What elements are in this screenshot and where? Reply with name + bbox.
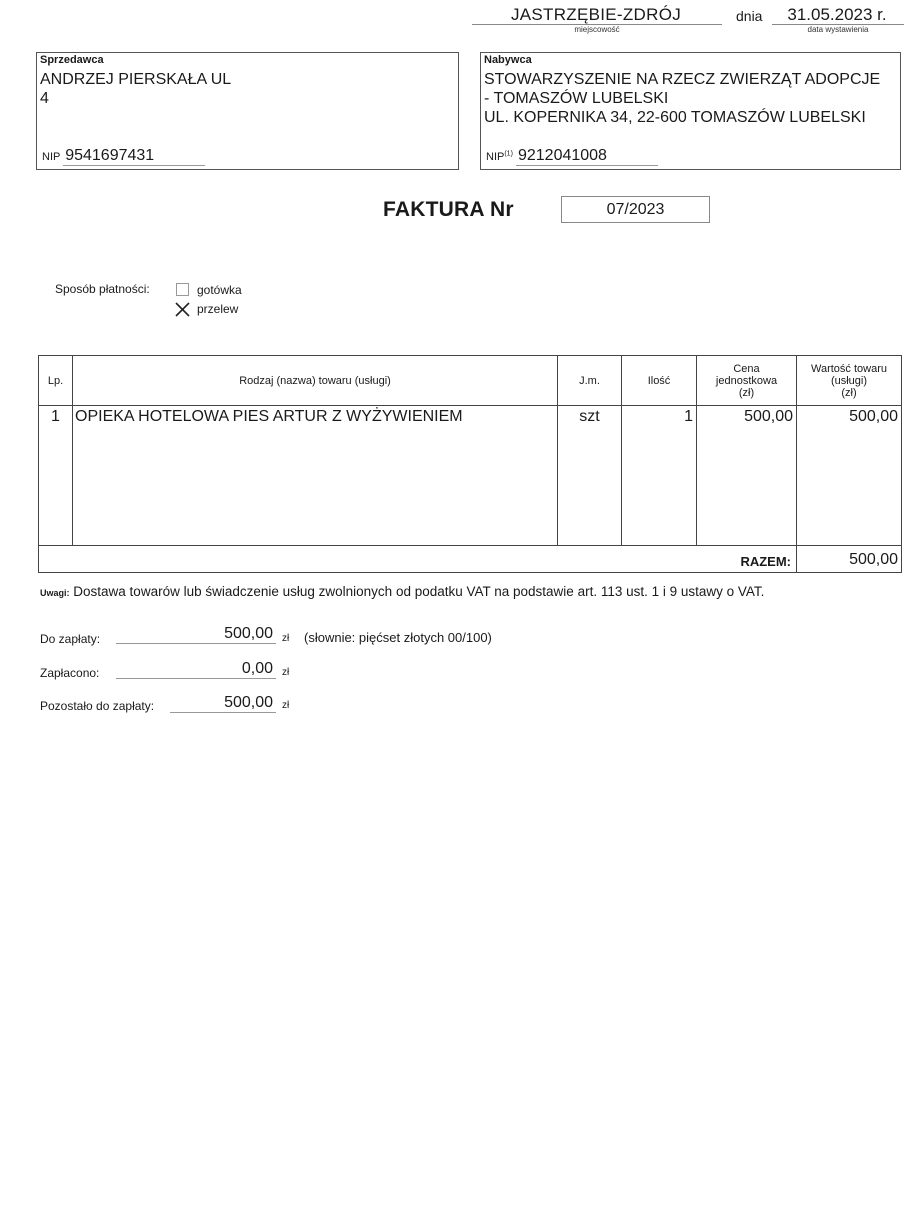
col-header-unit: J.m. [558, 356, 621, 406]
amount-in-words: (słownie: pięćset złotych 00/100) [304, 630, 492, 645]
col-header-qty: Ilość [622, 356, 696, 406]
total-value: 500,00 [849, 551, 898, 569]
seller-details: ANDRZEJ PIERSKAŁA UL 4 [40, 70, 231, 108]
items-table: Lp. Rodzaj (nazwa) towaru (usługi) J.m. … [38, 355, 902, 573]
buyer-label: Nabywca [484, 54, 532, 66]
total-label: RAZEM: [740, 554, 791, 569]
issue-date: 31.05.2023 r. [772, 5, 902, 25]
col-header-name: Rodzaj (nazwa) towaru (usługi) [73, 356, 557, 406]
seller-nip-value: 9541697431 [63, 147, 205, 166]
paid-label: Zapłacono: [40, 666, 99, 680]
payment-method-label: Sposób płatności: [55, 282, 150, 296]
cell-unit: szt [558, 408, 621, 426]
place-of-issue: JASTRZĘBIE-ZDRÓJ [472, 5, 720, 25]
total-divider [39, 545, 901, 546]
buyer-nip-footnote: (1) [504, 150, 513, 157]
notes-text: Dostawa towarów lub świadczenie usług zw… [73, 584, 764, 599]
cell-value: 500,00 [797, 408, 898, 426]
seller-box: Sprzedawca ANDRZEJ PIERSKAŁA UL 4 NIP 95… [36, 52, 459, 170]
remaining-currency: zł [282, 700, 289, 711]
notes-label: Uwagi: [40, 588, 70, 598]
payment-transfer-checkbox[interactable] [174, 301, 191, 318]
cell-qty: 1 [622, 408, 693, 426]
col-header-lp: Lp. [39, 356, 72, 406]
buyer-nip-label: NIP [486, 151, 504, 163]
invoice-title: FAKTURA Nr [383, 198, 514, 222]
buyer-details: STOWARZYSZENIE NA RZECZ ZWIERZĄT ADOPCJE… [484, 70, 880, 127]
buyer-nip-value: 9212041008 [516, 147, 658, 166]
seller-label: Sprzedawca [40, 54, 104, 66]
date-prefix: dnia [736, 8, 762, 24]
remaining-label: Pozostało do zapłaty: [40, 699, 154, 713]
to-pay-value: 500,00 [116, 625, 276, 644]
buyer-box: Nabywca STOWARZYSZENIE NA RZECZ ZWIERZĄT… [480, 52, 901, 170]
buyer-nip: NIP(1) 9212041008 [486, 147, 658, 166]
paid-currency: zł [282, 667, 289, 678]
payment-cash-checkbox[interactable] [176, 283, 189, 296]
date-caption: data wystawienia [772, 25, 904, 34]
notes: Uwagi: Dostawa towarów lub świadczenie u… [40, 584, 764, 599]
cell-lp: 1 [39, 408, 72, 426]
invoice-number: 07/2023 [561, 196, 710, 223]
col-header-value: Wartość towaru (usługi) (zł) [797, 356, 901, 406]
paid-value: 0,00 [116, 660, 276, 679]
col-header-unit-price: Cena jednostkowa (zł) [697, 356, 796, 406]
payment-transfer-label: przelew [197, 302, 238, 316]
payment-cash-label: gotówka [197, 283, 242, 297]
place-caption: miejscowość [472, 25, 722, 34]
seller-nip: NIP 9541697431 [42, 147, 205, 166]
remaining-value: 500,00 [170, 694, 276, 713]
cell-name: OPIEKA HOTELOWA PIES ARTUR Z WYŻYWIENIEM [75, 408, 463, 426]
to-pay-currency: zł [282, 633, 289, 644]
cell-unit-price: 500,00 [697, 408, 793, 426]
to-pay-label: Do zapłaty: [40, 632, 100, 646]
checked-x-icon [174, 301, 191, 318]
seller-nip-label: NIP [42, 151, 60, 163]
